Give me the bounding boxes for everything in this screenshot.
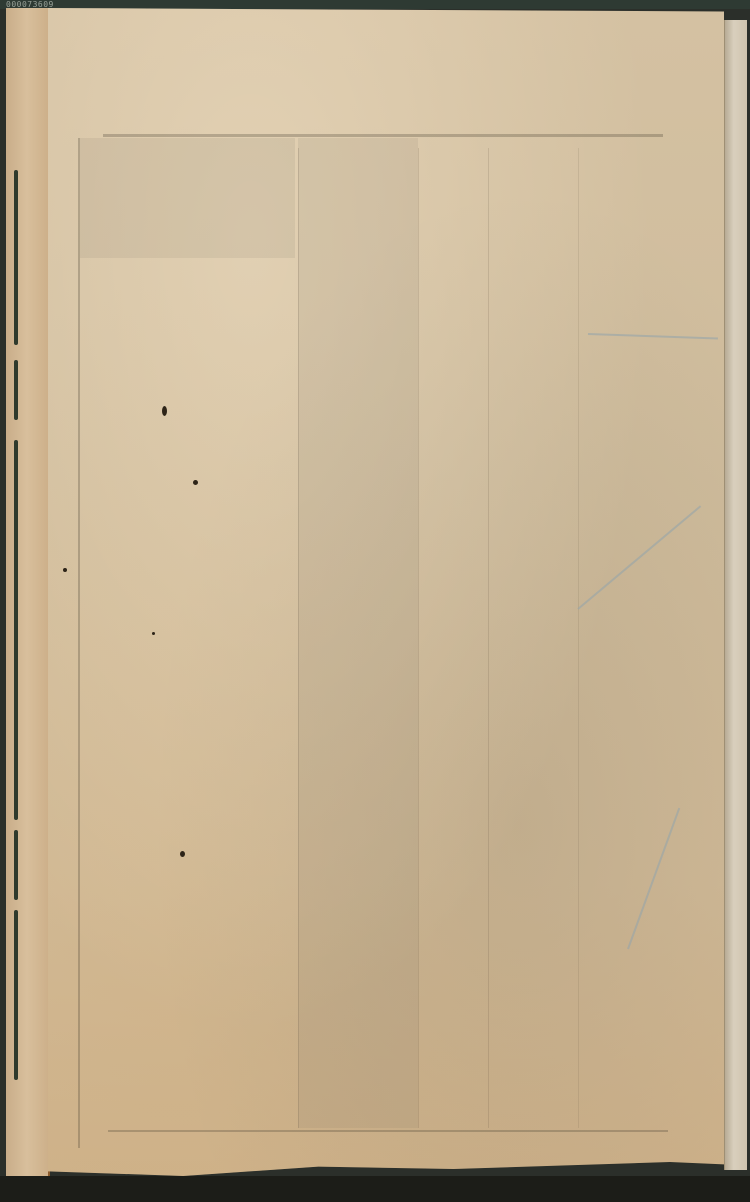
binding-stitch	[14, 830, 18, 900]
binding-stitch	[14, 440, 18, 820]
paper-crease	[577, 505, 701, 609]
ruled-frame-bottom	[108, 1130, 668, 1132]
binding-stitch	[14, 910, 18, 1080]
ink-speck	[180, 851, 185, 857]
binding-stitch	[14, 170, 18, 345]
paper-crease	[588, 333, 718, 340]
page-fold-edge	[724, 20, 747, 1170]
ink-speck	[63, 568, 67, 572]
scanner-top-border	[0, 0, 750, 9]
ruled-column-line	[488, 148, 489, 1128]
scanner-bottom-border	[0, 1176, 750, 1202]
show-through-column	[298, 138, 418, 1128]
ink-speck	[152, 632, 155, 635]
ruled-frame-top	[103, 134, 663, 137]
ink-speck	[193, 480, 198, 485]
paper-crease	[627, 808, 680, 950]
binding-leaf	[6, 8, 50, 1178]
scanned-book-page: 000073609	[0, 0, 750, 1202]
ruled-frame-left	[78, 138, 80, 1148]
ruled-column-line	[578, 148, 579, 1128]
ruled-column-line	[418, 148, 419, 1128]
show-through-block	[80, 138, 295, 258]
ink-speck	[162, 406, 167, 416]
paper-page	[48, 8, 724, 1176]
binding-stitch	[14, 360, 18, 420]
